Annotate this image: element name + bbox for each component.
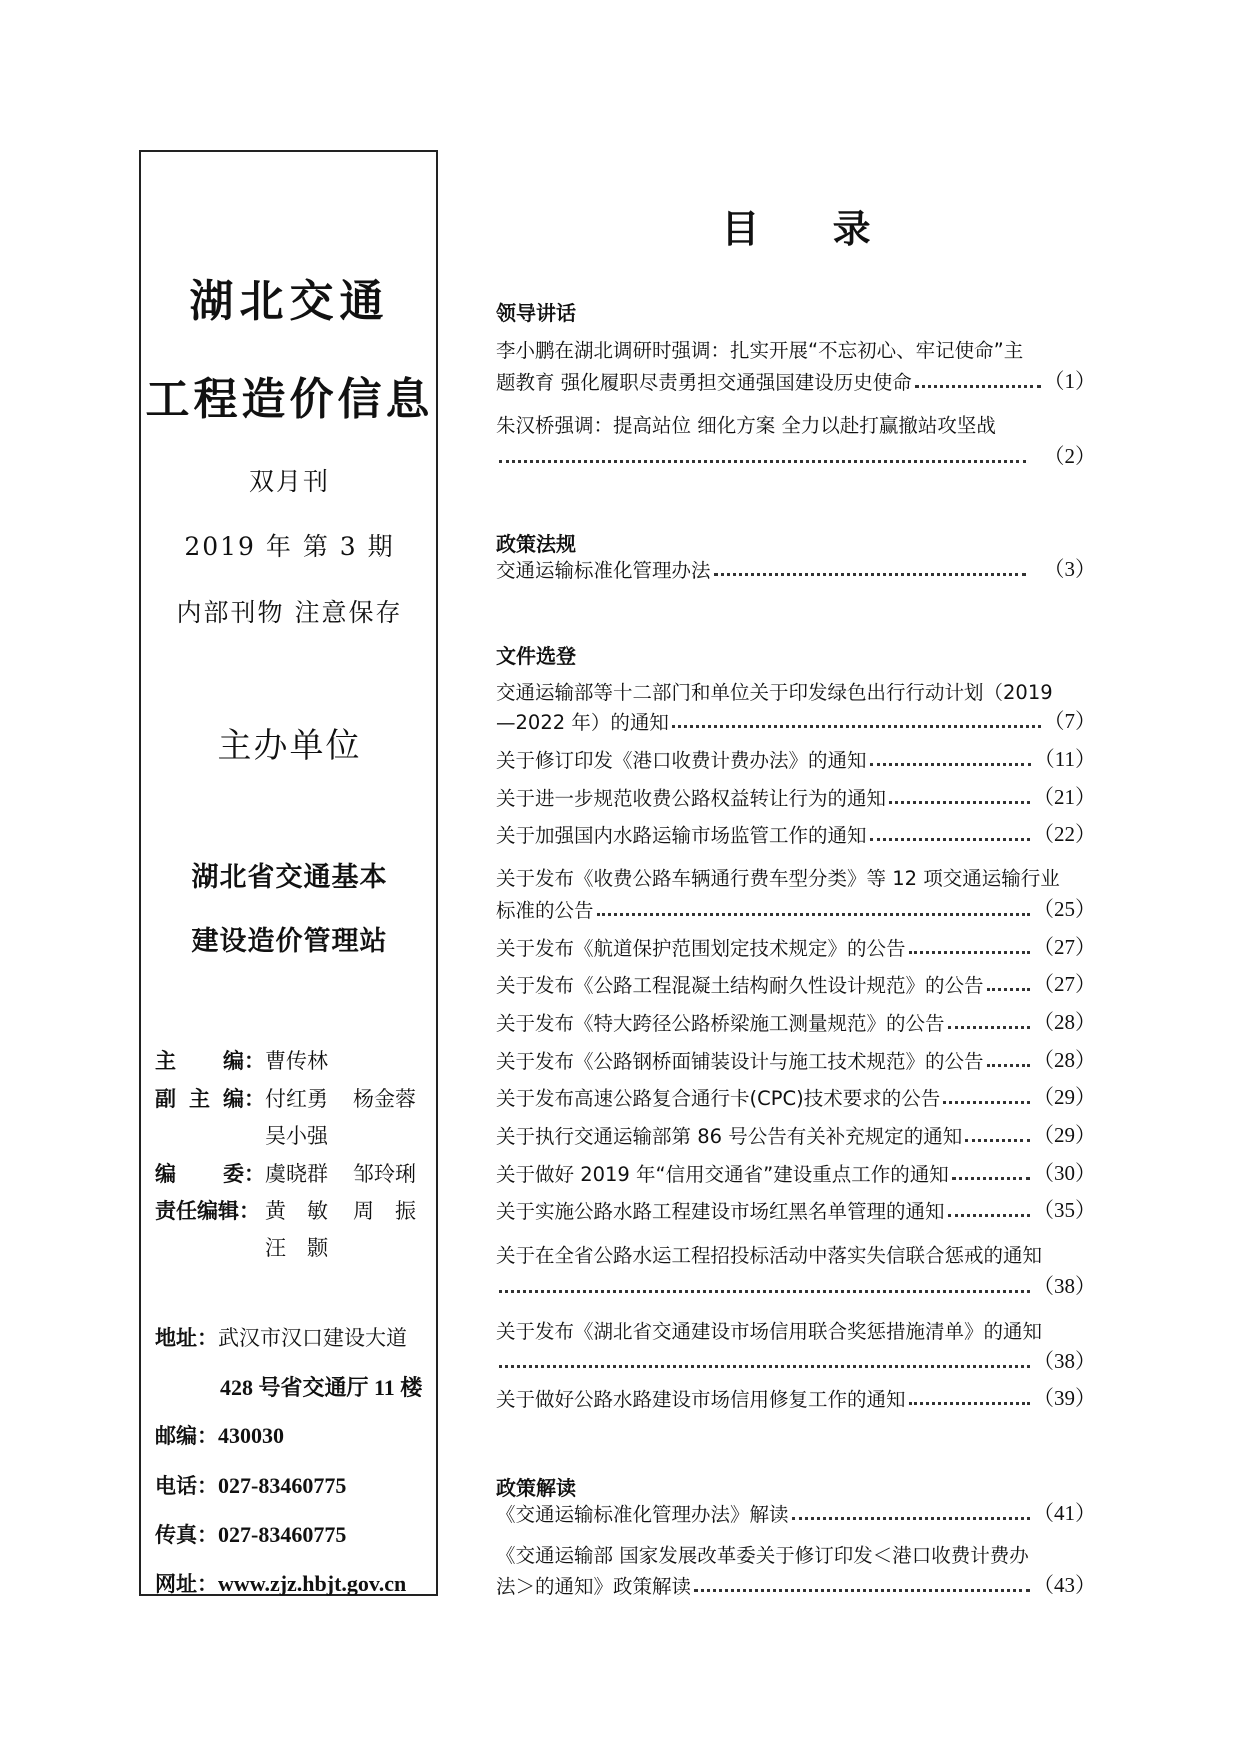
leader-dots <box>889 801 1030 804</box>
toc-entry[interactable]: 题教育 强化履职尽责勇担交通强国建设历史使命（1） <box>496 365 1096 395</box>
host-label: 主办单位 <box>141 718 438 767</box>
leader-dots <box>870 838 1030 841</box>
page-number: （30） <box>1033 1157 1096 1187</box>
toc-entry[interactable]: —2022 年）的通知（7） <box>496 705 1096 735</box>
toc-entry-line[interactable]: 关于在全省公路水运工程招投标活动中落实失信联合惩戒的通知 <box>496 1240 1042 1268</box>
leader-dots <box>714 573 1026 576</box>
address-line2: 428 号省交通厅 11 楼 <box>220 1371 422 1402</box>
host-org-line1: 湖北省交通基本 <box>141 855 438 894</box>
page-number: （27） <box>1033 931 1096 961</box>
fax-value: 027-83460775 <box>218 1522 346 1547</box>
deputy-editor-name: 杨金蓉 <box>353 1083 416 1113</box>
fax-row: 传真：027-83460775 <box>155 1519 346 1549</box>
page-number: （2） <box>1044 440 1097 470</box>
page-number: （39） <box>1033 1382 1096 1412</box>
leader-dots <box>909 951 1030 954</box>
leader-dots <box>987 988 1030 991</box>
deputy-editor-name: 付红勇 <box>265 1083 328 1113</box>
website-row: 网址：www.zjz.hbjt.gov.cn <box>155 1568 406 1598</box>
leader-dots <box>948 1214 1030 1217</box>
toc-entry[interactable]: 关于做好公路水路建设市场信用修复工作的通知（39） <box>496 1382 1096 1412</box>
responsible-editor-name: 黄 敏 <box>265 1195 328 1225</box>
section-heading: 文件选登 <box>496 640 576 669</box>
toc-entry[interactable]: 关于发布《公路工程混凝土结构耐久性设计规范》的公告（27） <box>496 968 1096 998</box>
page-number: （28） <box>1033 1006 1096 1036</box>
page-number: （21） <box>1033 781 1096 811</box>
page-number: （28） <box>1033 1044 1096 1074</box>
toc-entry[interactable]: （38） <box>496 1270 1096 1300</box>
toc-entry[interactable]: 关于进一步规范收费公路权益转让行为的通知（21） <box>496 781 1096 811</box>
toc-entry[interactable]: 关于发布《航道保护范围划定技术规定》的公告（27） <box>496 931 1096 961</box>
page-number: （38） <box>1033 1345 1096 1375</box>
committee-member-name: 虞晓群 <box>265 1158 328 1188</box>
page-number: （11） <box>1034 743 1096 773</box>
toc-entry[interactable]: 关于做好 2019 年“信用交通省”建设重点工作的通知（30） <box>496 1157 1096 1187</box>
responsible-editor-name: 周 振 <box>353 1195 416 1225</box>
leader-dots <box>948 1026 1030 1029</box>
leader-dots <box>870 763 1031 766</box>
toc-entry[interactable]: 关于发布《公路钢桥面铺装设计与施工技术规范》的公告（28） <box>496 1044 1096 1074</box>
responsible-editor-name: 汪 颢 <box>265 1232 328 1262</box>
leader-dots <box>597 913 1030 916</box>
issue-number: 2019 年 第 3 期 <box>141 527 438 563</box>
toc-entry[interactable]: 关于实施公路水路工程建设市场红黑名单管理的通知（35） <box>496 1194 1096 1224</box>
toc-entry-line[interactable]: 关于发布《湖北省交通建设市场信用联合奖惩措施清单》的通知 <box>496 1316 1042 1344</box>
toc-entry[interactable]: （2） <box>496 440 1096 470</box>
toc-entry[interactable]: 关于发布高速公路复合通行卡(CPC)技术要求的公告（29） <box>496 1081 1096 1111</box>
page-number: （1） <box>1044 365 1097 395</box>
page-number: （25） <box>1033 893 1096 923</box>
toc-entry-line[interactable]: 李小鹏在湖北调研时强调：扎实开展“不忘初心、牢记使命”主 <box>496 335 1023 363</box>
editor-in-chief-name: 曹传林 <box>265 1045 328 1075</box>
section-heading: 领导讲话 <box>496 297 576 326</box>
responsible-editor-label: 责任编辑： <box>155 1195 265 1225</box>
leader-dots <box>499 1365 1030 1368</box>
host-org-line2: 建设造价管理站 <box>141 919 438 958</box>
phone-row: 电话：027-83460775 <box>155 1470 346 1500</box>
postcode-value: 430030 <box>218 1423 284 1448</box>
editor-in-chief-label: 主编： <box>155 1045 265 1075</box>
leader-dots <box>909 1402 1030 1405</box>
address-line1: 武汉市汉口建设大道 <box>218 1326 407 1350</box>
toc-entry-line[interactable]: 朱汉桥强调：提高站位 细化方案 全力以赴打赢撤站攻坚战 <box>496 410 996 438</box>
leader-dots <box>965 1139 1030 1142</box>
leader-dots <box>672 725 1041 728</box>
website-link[interactable]: www.zjz.hbjt.gov.cn <box>218 1571 406 1596</box>
deputy-editor-name: 吴小强 <box>265 1120 328 1150</box>
address-row: 地址：武汉市汉口建设大道 <box>155 1322 407 1352</box>
leader-dots <box>987 1064 1030 1067</box>
toc-entry[interactable]: 关于修订印发《港口收费计费办法》的通知（11） <box>496 743 1096 773</box>
committee-member-name: 邹玲琍 <box>353 1158 416 1188</box>
deputy-editor-label: 副主编： <box>155 1083 265 1113</box>
toc-entry[interactable]: 关于执行交通运输部第 86 号公告有关补充规定的通知（29） <box>496 1119 1096 1149</box>
leader-dots <box>694 1589 1030 1592</box>
toc-entry[interactable]: 《交通运输标准化管理办法》解读（41） <box>496 1497 1096 1527</box>
page-number: （29） <box>1033 1119 1096 1149</box>
phone-value: 027-83460775 <box>218 1473 346 1498</box>
page-number: （29） <box>1033 1081 1096 1111</box>
page-number: （41） <box>1033 1497 1096 1527</box>
page-number: （27） <box>1033 968 1096 998</box>
toc-title: 目 录 <box>496 198 1096 253</box>
leader-dots <box>943 1101 1030 1104</box>
internal-notice: 内部刊物 注意保存 <box>141 593 438 629</box>
leader-dots <box>499 1290 1030 1293</box>
toc-entry-line[interactable]: 《交通运输部 国家发展改革委关于修订印发＜港口收费计费办 <box>496 1540 1029 1568</box>
toc-entry-line[interactable]: 关于发布《收费公路车辆通行费车型分类》等 12 项交通运输行业 <box>496 863 1060 891</box>
page-number: （38） <box>1033 1270 1096 1300</box>
postcode-row: 邮编：430030 <box>155 1420 284 1450</box>
frequency: 双月刊 <box>141 462 438 498</box>
toc-entry[interactable]: 关于发布《特大跨径公路桥梁施工测量规范》的公告（28） <box>496 1006 1096 1036</box>
toc-entry[interactable]: 交通运输标准化管理办法（3） <box>496 553 1096 583</box>
toc-entry[interactable]: （38） <box>496 1345 1096 1375</box>
page-number: （7） <box>1044 705 1097 735</box>
toc-entry[interactable]: 标准的公告（25） <box>496 893 1096 923</box>
leader-dots <box>792 1517 1030 1520</box>
toc-entry[interactable]: 关于加强国内水路运输市场监管工作的通知（22） <box>496 818 1096 848</box>
editorial-committee-label: 编委： <box>155 1158 265 1188</box>
leader-dots <box>915 385 1041 388</box>
leader-dots <box>952 1177 1030 1180</box>
page-number: （35） <box>1033 1194 1096 1224</box>
journal-title-line2: 工程造价信息 <box>141 363 438 427</box>
journal-title-line1: 湖北交通 <box>141 265 438 329</box>
leader-dots <box>499 460 1026 463</box>
toc-entry-line[interactable]: 交通运输部等十二部门和单位关于印发绿色出行行动计划（2019 <box>496 677 1053 705</box>
page-number: （3） <box>1044 553 1097 583</box>
page-number: （22） <box>1033 818 1096 848</box>
page-number: （43） <box>1033 1569 1096 1599</box>
toc-entry[interactable]: 法＞的通知》政策解读（43） <box>496 1569 1096 1599</box>
